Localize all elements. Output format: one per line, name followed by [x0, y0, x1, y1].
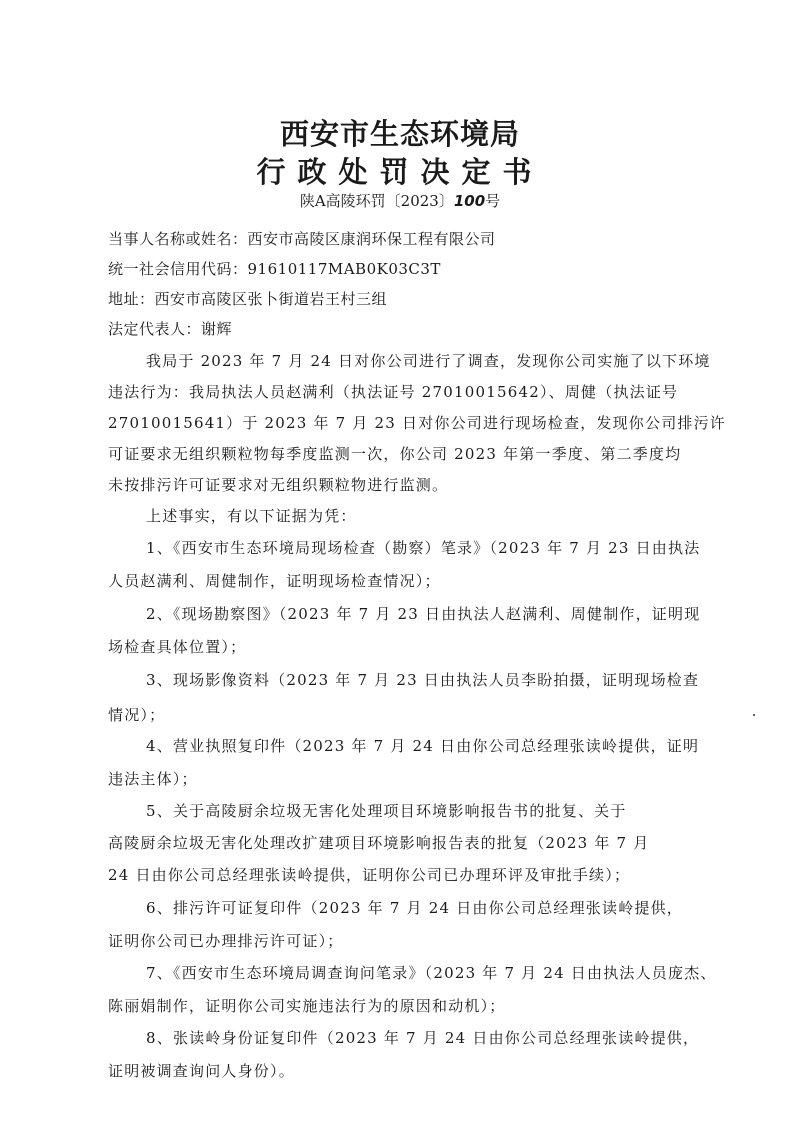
evidence-line: 3、现场影像资料（2023 年 7 月 23 日由执法人员李盼拍摄，证明现场检查: [146, 669, 699, 690]
evidence-line: 违法主体）；: [108, 768, 198, 789]
evidence-line: 场检查具体位置）；: [108, 636, 246, 657]
evidence-line: 1、《西安市生态环境局现场检查（勘察）笔录》（2023 年 7 月 23 日由执…: [146, 537, 700, 558]
facts-line: 我局于 2023 年 7 月 24 日对你公司进行了调查，发现你公司实施了以下环…: [146, 350, 711, 371]
evidence-line: 高陵厨余垃圾无害化处理改扩建项目环境影响报告表的批复（2023 年 7 月: [108, 832, 649, 853]
legal-rep-row: 法定代表人：谢辉: [108, 318, 232, 339]
doc-number-handwritten: 100: [454, 192, 485, 210]
evidence-line: 陈丽娟制作，证明你公司实施违法行为的原因和动机）；: [108, 995, 506, 1016]
doc-number-suffix: 号: [485, 192, 500, 210]
address-label: 地址：: [108, 290, 155, 308]
credit-code-value: 91610117MAB0K03C3T: [248, 260, 441, 278]
scan-speck: [753, 714, 755, 716]
evidence-intro: 上述事实，有以下证据为凭：: [146, 505, 357, 526]
evidence-line: 情况）；: [108, 704, 165, 725]
agency-title: 西安市生态环境局: [0, 112, 800, 153]
address-row: 地址：西安市高陵区张卜街道岩王村三组: [108, 288, 387, 309]
evidence-line: 4、营业执照复印件（2023 年 7 月 24 日由你公司总经理张读岭提供，证明: [146, 735, 699, 756]
party-name-value: 西安市高陵区康润环保工程有限公司: [248, 230, 496, 248]
evidence-line: 人员赵满利、周健制作，证明现场检查情况）；: [108, 570, 441, 591]
evidence-line: 2、《现场勘察图》（2023 年 7 月 23 日由执法人赵满利、周健制作，证明…: [146, 603, 700, 624]
legal-rep-value: 谢辉: [201, 320, 232, 338]
evidence-line: 6、排污许可证复印件（2023 年 7 月 24 日由你公司总经理张读岭提供，: [146, 897, 683, 918]
facts-line: 可证要求无组织颗粒物每季度监测一次，你公司 2023 年第一季度、第二季度均: [108, 443, 681, 464]
party-name-label: 当事人名称或姓名：: [108, 230, 248, 248]
document-type-title: 行政处罚决定书: [0, 150, 800, 191]
document-number: 陕A高陵环罚〔2023〕100号: [0, 190, 800, 211]
credit-code-label: 统一社会信用代码：: [108, 260, 248, 278]
credit-code-row: 统一社会信用代码：91610117MAB0K03C3T: [108, 258, 441, 279]
facts-line: 违法行为：我局执法人员赵满利（执法证号 27010015642）、周健（执法证号: [108, 381, 678, 402]
party-name-row: 当事人名称或姓名：西安市高陵区康润环保工程有限公司: [108, 228, 496, 249]
facts-line: 27010015641）于 2023 年 7 月 23 日对你公司进行现场检查，…: [108, 412, 726, 433]
evidence-line: 证明你公司已办理排污许可证）；: [108, 930, 344, 951]
legal-rep-label: 法定代表人：: [108, 320, 201, 338]
evidence-line: 5、关于高陵厨余垃圾无害化处理项目环境影响报告书的批复、关于: [146, 800, 627, 821]
doc-number-prefix: 陕A高陵环罚〔2023〕: [300, 192, 454, 210]
evidence-line: 24 日由你公司总经理张读岭提供，证明你公司已办理环评及审批手续）；: [108, 864, 630, 885]
evidence-line: 7、《西安市生态环境局调查询问笔录》（2023 年 7 月 24 日由执法人员庞…: [146, 962, 717, 983]
evidence-line: 8、张读岭身份证复印件（2023 年 7 月 24 日由你公司总经理张读岭提供，: [146, 1027, 699, 1048]
address-value: 西安市高陵区张卜街道岩王村三组: [155, 290, 388, 308]
facts-line: 未按排污许可证要求对无组织颗粒物进行监测。: [108, 474, 448, 495]
evidence-line: 证明被调查询问人身份）。: [108, 1060, 295, 1081]
